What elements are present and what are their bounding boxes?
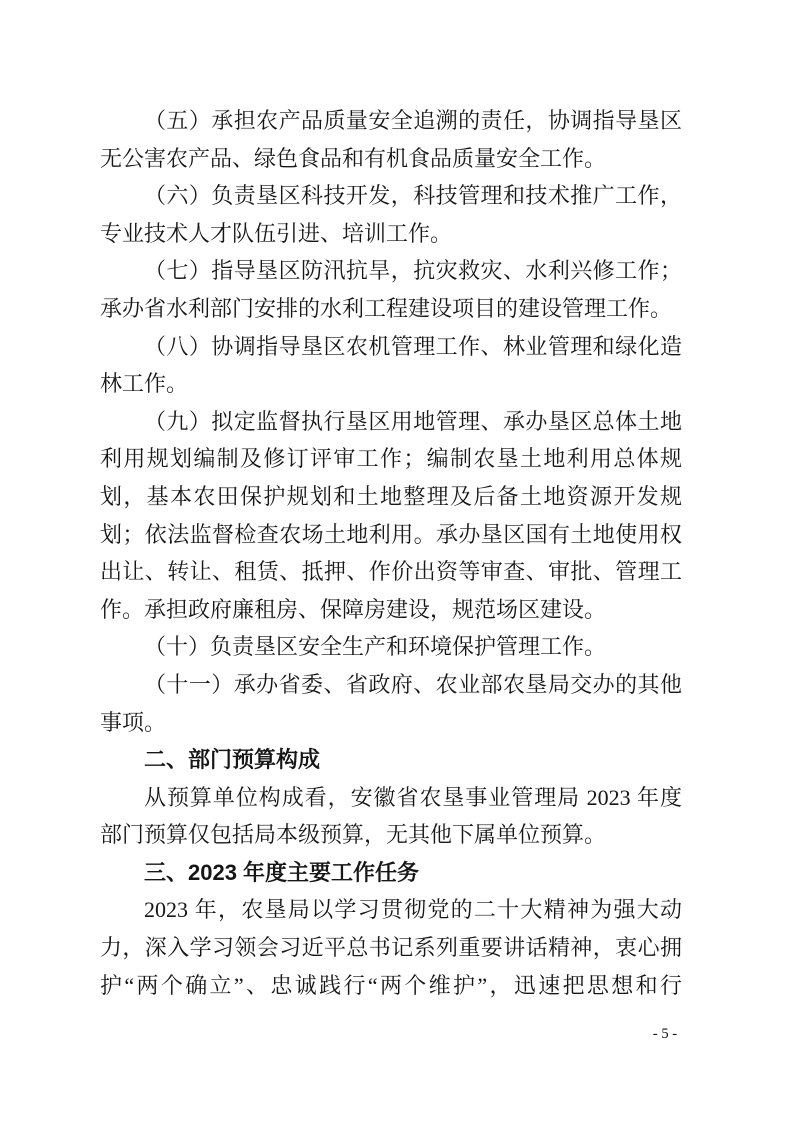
paragraph: （十）负责垦区安全生产和环境保护管理工作。 (100, 628, 682, 666)
document-body: （五）承担农产品质量安全追溯的责任，协调指导垦区无公害农产品、绿色食品和有机食品… (100, 102, 682, 1004)
page-number: - 5 - (640, 1026, 690, 1043)
paragraph: （九）拟定监督执行垦区用地管理、承办垦区总体土地利用规划编制及修订评审工作；编制… (100, 403, 682, 629)
paragraph: 从预算单位构成看，安徽省农垦事业管理局 2023 年度部门预算仅包括局本级预算，… (100, 779, 682, 854)
paragraph: （五）承担农产品质量安全追溯的责任，协调指导垦区无公害农产品、绿色食品和有机食品… (100, 102, 682, 177)
paragraph: 2023 年，农垦局以学习贯彻党的二十大精神为强大动力，深入学习领会习近平总书记… (100, 891, 682, 1004)
document-page: （五）承担农产品质量安全追溯的责任，协调指导垦区无公害农产品、绿色食品和有机食品… (0, 0, 794, 1123)
paragraph: （十一）承办省委、省政府、农业部农垦局交办的其他事项。 (100, 666, 682, 741)
paragraph: （七）指导垦区防汛抗旱，抗灾救灾、水利兴修工作；承办省水利部门安排的水利工程建设… (100, 252, 682, 327)
section-heading: 二、部门预算构成 (100, 741, 682, 779)
paragraph: （八）协调指导垦区农机管理工作、林业管理和绿化造林工作。 (100, 328, 682, 403)
section-heading: 三、2023 年度主要工作任务 (100, 854, 682, 892)
paragraph: （六）负责垦区科技开发，科技管理和技术推广工作，专业技术人才队伍引进、培训工作。 (100, 177, 682, 252)
